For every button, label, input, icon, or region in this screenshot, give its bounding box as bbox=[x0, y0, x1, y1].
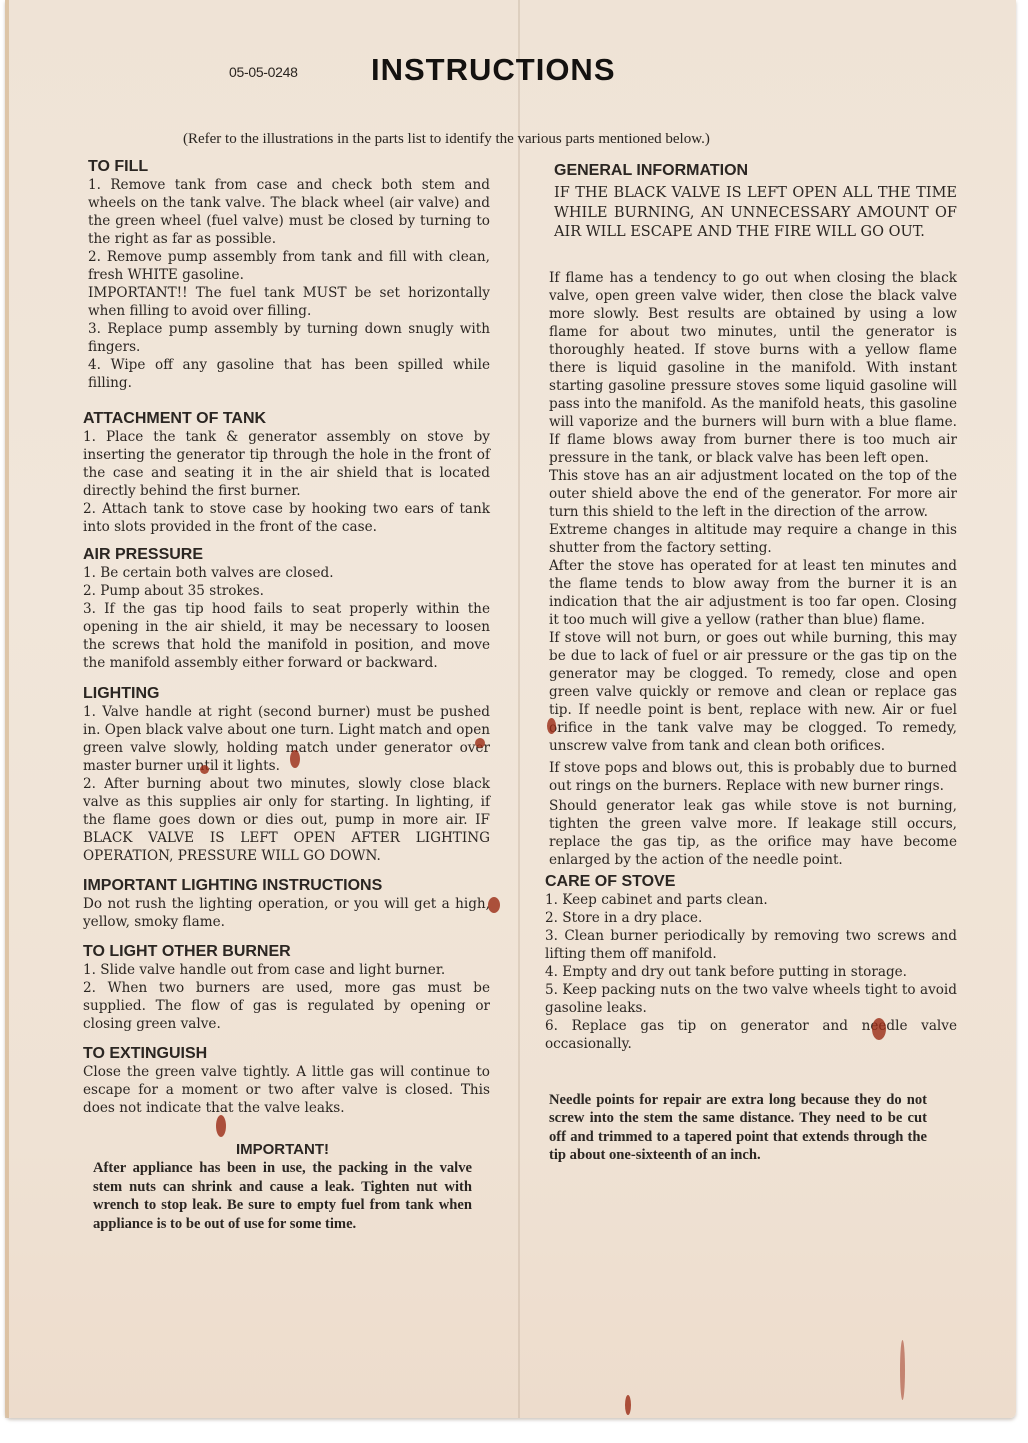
paragraph: Close the green valve tightly. A little … bbox=[83, 1063, 490, 1117]
section-lighting: LIGHTING 1. Valve handle at right (secon… bbox=[83, 685, 490, 865]
section-heading: IMPORTANT! bbox=[93, 1141, 472, 1159]
section-care-of-stove: CARE OF STOVE 1. Keep cabinet and parts … bbox=[549, 873, 957, 1053]
page-title: INSTRUCTIONS bbox=[371, 52, 616, 88]
section-important-lighting: IMPORTANT LIGHTING INSTRUCTIONS Do not r… bbox=[83, 877, 490, 931]
rust-stain bbox=[900, 1340, 905, 1400]
section-heading: CARE OF STOVE bbox=[545, 873, 957, 891]
left-column: TO FILL 1. Remove tank from case and che… bbox=[83, 158, 490, 1233]
section-to-fill: TO FILL 1. Remove tank from case and che… bbox=[83, 158, 490, 392]
rust-stain bbox=[872, 1018, 886, 1040]
rust-stain bbox=[625, 1395, 631, 1415]
section-heading: IMPORTANT LIGHTING INSTRUCTIONS bbox=[83, 877, 490, 895]
paragraph: This stove has an air adjustment located… bbox=[549, 467, 957, 521]
section-important-note: IMPORTANT! After appliance has been in u… bbox=[83, 1141, 490, 1233]
section-heading: TO LIGHT OTHER BURNER bbox=[83, 943, 490, 961]
rust-stain bbox=[200, 765, 209, 774]
paragraph: Should generator leak gas while stove is… bbox=[549, 797, 957, 869]
page-subtitle: (Refer to the illustrations in the parts… bbox=[183, 131, 710, 148]
paragraph: After the stove has operated for at leas… bbox=[549, 557, 957, 629]
paragraph: 4. Wipe off any gasoline that has been s… bbox=[88, 356, 490, 392]
paragraph: 2. Store in a dry place. bbox=[545, 909, 957, 927]
paragraph: If flame has a tendency to go out when c… bbox=[549, 269, 957, 467]
paragraph: After appliance has been in use, the pac… bbox=[93, 1159, 472, 1233]
paragraph: 2. When two burners are used, more gas m… bbox=[83, 979, 490, 1033]
paragraph: 1. Valve handle at right (second burner)… bbox=[83, 703, 490, 775]
paragraph: Do not rush the lighting operation, or y… bbox=[83, 895, 490, 931]
rust-stain bbox=[216, 1115, 226, 1137]
section-needle-note: Needle points for repair are extra long … bbox=[549, 1091, 957, 1165]
section-attachment-of-tank: ATTACHMENT OF TANK 1. Place the tank & g… bbox=[83, 410, 490, 536]
rust-stain bbox=[547, 718, 556, 734]
paragraph: 2. After burning about two minutes, slow… bbox=[83, 775, 490, 865]
paragraph: 2. Attach tank to stove case by hooking … bbox=[83, 500, 490, 536]
right-column: GENERAL INFORMATION IF THE BLACK VALVE I… bbox=[549, 162, 957, 1165]
section-light-other-burner: TO LIGHT OTHER BURNER 1. Slide valve han… bbox=[83, 943, 490, 1033]
paper-edge bbox=[5, 0, 9, 1418]
paragraph: 6. Replace gas tip on generator and need… bbox=[545, 1017, 957, 1053]
paragraph: 5. Keep packing nuts on the two valve wh… bbox=[545, 981, 957, 1017]
paragraph: If stove will not burn, or goes out whil… bbox=[549, 629, 957, 755]
document-code: 05-05-0248 bbox=[229, 64, 298, 80]
paragraph: 1. Remove tank from case and check both … bbox=[88, 176, 490, 248]
section-heading: AIR PRESSURE bbox=[83, 546, 490, 564]
section-heading: TO EXTINGUISH bbox=[83, 1045, 490, 1063]
paragraph: 2. Pump about 35 strokes. bbox=[83, 582, 490, 600]
rust-stain bbox=[488, 897, 500, 913]
fold-crease bbox=[518, 0, 520, 1418]
paragraph: 1. Be certain both valves are closed. bbox=[83, 564, 490, 582]
section-heading: LIGHTING bbox=[83, 685, 490, 703]
section-heading: ATTACHMENT OF TANK bbox=[83, 410, 490, 428]
paragraph: 1. Place the tank & generator assembly o… bbox=[83, 428, 490, 500]
paragraph: IMPORTANT!! The fuel tank MUST be set ho… bbox=[88, 284, 490, 320]
section-air-pressure: AIR PRESSURE 1. Be certain both valves a… bbox=[83, 546, 490, 672]
rust-stain bbox=[475, 738, 485, 748]
paragraph: 2. Remove pump assembly from tank and fi… bbox=[88, 248, 490, 284]
paragraph: 1. Keep cabinet and parts clean. bbox=[545, 891, 957, 909]
section-general-information: GENERAL INFORMATION IF THE BLACK VALVE I… bbox=[549, 162, 957, 869]
paragraph: 3. Replace pump assembly by turning down… bbox=[88, 320, 490, 356]
section-heading: TO FILL bbox=[88, 158, 490, 176]
section-heading: GENERAL INFORMATION bbox=[554, 162, 957, 180]
rust-stain bbox=[290, 750, 300, 768]
paragraph: 3. If the gas tip hood fails to seat pro… bbox=[83, 600, 490, 672]
paragraph: 4. Empty and dry out tank before putting… bbox=[545, 963, 957, 981]
paragraph: 1. Slide valve handle out from case and … bbox=[83, 961, 490, 979]
paragraph: Extreme changes in altitude may require … bbox=[549, 521, 957, 557]
warning-paragraph: IF THE BLACK VALVE IS LEFT OPEN ALL THE … bbox=[554, 184, 957, 243]
section-to-extinguish: TO EXTINGUISH Close the green valve tigh… bbox=[83, 1045, 490, 1117]
paragraph: Needle points for repair are extra long … bbox=[549, 1091, 927, 1165]
paragraph: 3. Clean burner periodically by removing… bbox=[545, 927, 957, 963]
paragraph: If stove pops and blows out, this is pro… bbox=[549, 759, 957, 795]
